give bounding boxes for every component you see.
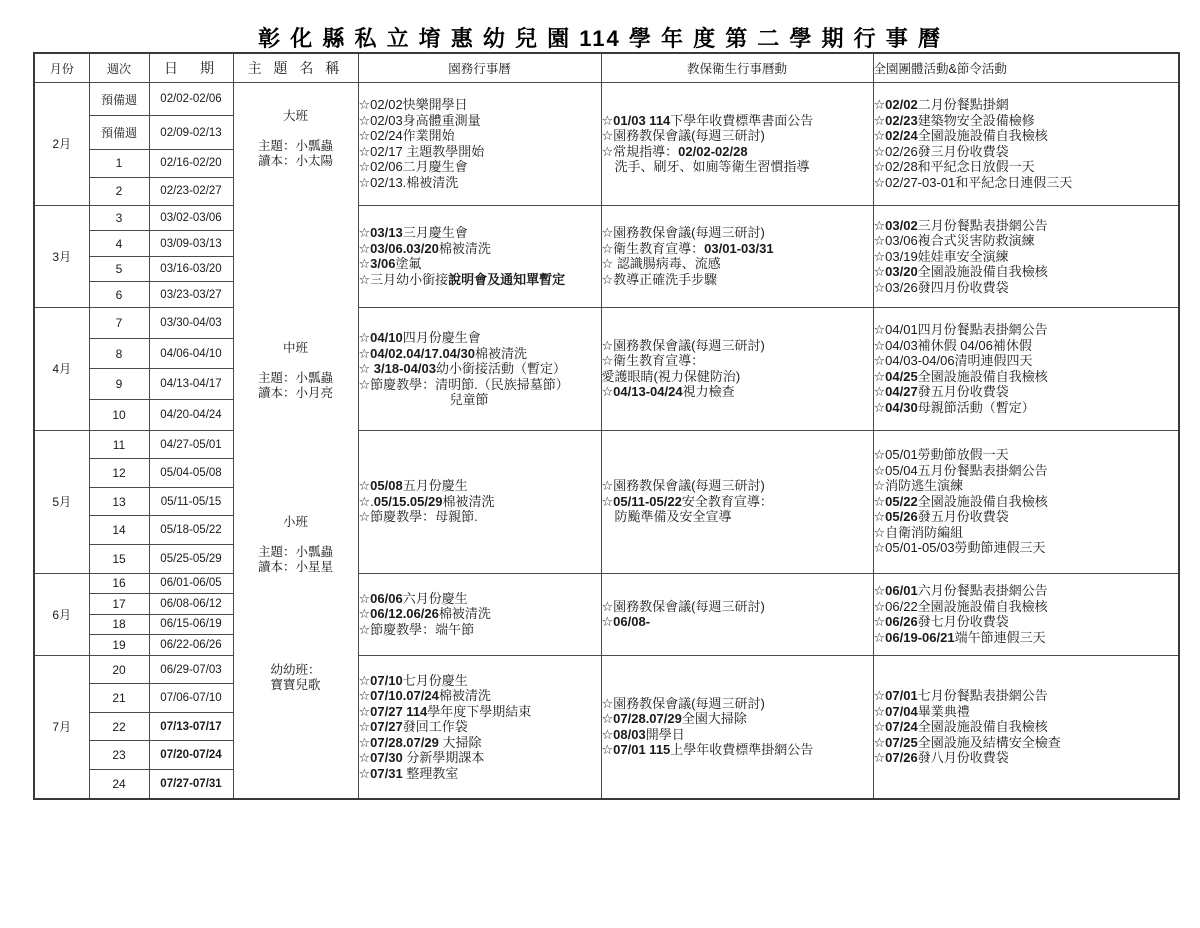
week-cell: 15 — [89, 544, 149, 573]
health-events-cell: ☆園務教保會議(每週三研討)☆07/28.07/29全園大掃除☆08/03開學日… — [601, 655, 873, 799]
week-cell: 預備週 — [89, 116, 149, 149]
week-cell: 16 — [89, 573, 149, 594]
activities-cell: ☆03/02三月份餐點表掛網公告☆03/06複合式災害防救演練☆03/19娃娃車… — [873, 205, 1179, 307]
date-cell: 04/13-04/17 — [149, 369, 233, 400]
health-events-cell: ☆園務教保會議(每週三研討)☆05/11-05/22安全教育宣導： 防颱準備及安… — [601, 430, 873, 573]
health-events-cell: ☆園務教保會議(每週三研討)☆衛生教育宣導：03/01-03/31☆ 認識腸病毒… — [601, 205, 873, 307]
date-cell: 07/06-07/10 — [149, 684, 233, 713]
table-header-row: 月份 週次 日 期 主 題 名 稱 園務行事曆 教保衛生行事曆動 全園團體活動&… — [34, 53, 1179, 83]
date-cell: 07/20-07/24 — [149, 741, 233, 770]
date-cell: 05/04-05/08 — [149, 459, 233, 488]
activities-cell: ☆04/01四月份餐點表掛網公告☆04/03補休假 04/06補休假☆04/03… — [873, 308, 1179, 431]
health-events-cell: ☆園務教保會議(每週三研討)☆衛生教育宣導：愛護眼睛(視力保健防治)☆04/13… — [601, 308, 873, 431]
week-cell: 3 — [89, 205, 149, 231]
month-cell: 5月 — [34, 430, 89, 573]
table-row: 7月 20 06/29-07/03 ☆07/10七月份慶生☆07/10.07/2… — [34, 655, 1179, 684]
school-events-cell: ☆06/06六月份慶生☆06/12.06/26棉被清洗☆節慶教學：端午節 — [358, 573, 601, 655]
date-cell: 06/29-07/03 — [149, 655, 233, 684]
month-cell: 3月 — [34, 205, 89, 307]
school-events-cell: ☆05/08五月份慶生☆.05/15.05/29棉被清洗☆節慶教學：母親節. — [358, 430, 601, 573]
week-cell: 19 — [89, 635, 149, 656]
date-cell: 07/13-07/17 — [149, 712, 233, 741]
header-theme: 主 題 名 稱 — [233, 53, 358, 83]
week-cell: 4 — [89, 231, 149, 257]
calendar-table: 月份 週次 日 期 主 題 名 稱 園務行事曆 教保衛生行事曆動 全園團體活動&… — [33, 52, 1180, 800]
week-cell: 13 — [89, 487, 149, 516]
table-row: 3月 3 03/02-03/06 ☆03/13三月慶生會☆03/06.03/20… — [34, 205, 1179, 231]
week-cell: 預備週 — [89, 83, 149, 116]
header-school-events: 園務行事曆 — [358, 53, 601, 83]
date-cell: 06/22-06/26 — [149, 635, 233, 656]
activities-cell: ☆07/01七月份餐點表掛網公告☆07/04畢業典禮☆07/24全園設施設備自我… — [873, 655, 1179, 799]
school-events-cell: ☆02/02快樂開學日☆02/03身高體重測量☆02/24作業開始☆02/17 … — [358, 83, 601, 206]
date-cell: 02/09-02/13 — [149, 116, 233, 149]
date-cell: 06/01-06/05 — [149, 573, 233, 594]
calendar-page: 彰 化 縣 私 立 堉 惠 幼 兒 園 114 學 年 度 第 二 學 期 行 … — [0, 0, 1200, 928]
date-cell: 05/25-05/29 — [149, 544, 233, 573]
school-events-cell: ☆07/10七月份慶生☆07/10.07/24棉被清洗☆07/27 114學年度… — [358, 655, 601, 799]
date-cell: 03/23-03/27 — [149, 282, 233, 308]
week-cell: 24 — [89, 769, 149, 799]
date-cell: 02/16-02/20 — [149, 149, 233, 177]
week-cell: 7 — [89, 308, 149, 339]
date-cell: 02/23-02/27 — [149, 177, 233, 205]
health-events-cell: ☆01/03 114下學年收費標準書面公告☆園務教保會議(每週三研討)☆常規指導… — [601, 83, 873, 206]
page-title: 彰 化 縣 私 立 堉 惠 幼 兒 園 114 學 年 度 第 二 學 期 行 … — [0, 22, 1200, 53]
date-cell: 04/27-05/01 — [149, 430, 233, 459]
week-cell: 9 — [89, 369, 149, 400]
header-date: 日 期 — [149, 53, 233, 83]
table-row: 5月 11 04/27-05/01 ☆05/08五月份慶生☆.05/15.05/… — [34, 430, 1179, 459]
month-cell: 2月 — [34, 83, 89, 206]
week-cell: 18 — [89, 614, 149, 635]
month-cell: 4月 — [34, 308, 89, 431]
week-cell: 11 — [89, 430, 149, 459]
date-cell: 04/06-04/10 — [149, 338, 233, 369]
date-cell: 05/11-05/15 — [149, 487, 233, 516]
school-events-cell: ☆04/10四月份慶生會☆04/02.04/17.04/30棉被清洗☆ 3/18… — [358, 308, 601, 431]
week-cell: 12 — [89, 459, 149, 488]
date-cell: 04/20-04/24 — [149, 400, 233, 431]
school-events-cell: ☆03/13三月慶生會☆03/06.03/20棉被清洗☆3/06塗氟☆三月幼小銜… — [358, 205, 601, 307]
theme-group-junior-class: 小班主題：小瓢蟲讀本：小星星 — [234, 515, 358, 575]
week-cell: 20 — [89, 655, 149, 684]
theme-group-senior-class: 大班主題：小瓢蟲讀本：小太陽 — [234, 109, 358, 169]
date-cell: 03/09-03/13 — [149, 231, 233, 257]
theme-column: 大班主題：小瓢蟲讀本：小太陽 中班主題：小瓢蟲讀本：小月亮 小班主題：小瓢蟲讀本… — [233, 83, 358, 800]
table-row: 6月 16 06/01-06/05 ☆06/06六月份慶生☆06/12.06/2… — [34, 573, 1179, 594]
week-cell: 8 — [89, 338, 149, 369]
table-row: 4月 7 03/30-04/03 ☆04/10四月份慶生會☆04/02.04/1… — [34, 308, 1179, 339]
date-cell: 06/08-06/12 — [149, 594, 233, 615]
header-health-events: 教保衛生行事曆動 — [601, 53, 873, 83]
week-cell: 1 — [89, 149, 149, 177]
week-cell: 23 — [89, 741, 149, 770]
date-cell: 06/15-06/19 — [149, 614, 233, 635]
theme-group-middle-class: 中班主題：小瓢蟲讀本：小月亮 — [234, 341, 358, 401]
month-cell: 6月 — [34, 573, 89, 655]
activities-cell: ☆06/01六月份餐點表掛網公告☆06/22全園設施設備自我檢核☆06/26發七… — [873, 573, 1179, 655]
week-cell: 14 — [89, 516, 149, 545]
date-cell: 03/30-04/03 — [149, 308, 233, 339]
date-cell: 02/02-02/06 — [149, 83, 233, 116]
health-events-cell: ☆園務教保會議(每週三研討)☆06/08- — [601, 573, 873, 655]
week-cell: 10 — [89, 400, 149, 431]
date-cell: 03/02-03/06 — [149, 205, 233, 231]
table-row: 2月 預備週 02/02-02/06 大班主題：小瓢蟲讀本：小太陽 中班主題：小… — [34, 83, 1179, 116]
header-month: 月份 — [34, 53, 89, 83]
date-cell: 07/27-07/31 — [149, 769, 233, 799]
activities-cell: ☆02/02二月份餐點掛網☆02/23建築物安全設備檢修☆02/24全園設施設備… — [873, 83, 1179, 206]
week-cell: 6 — [89, 282, 149, 308]
week-cell: 5 — [89, 256, 149, 282]
date-cell: 03/16-03/20 — [149, 256, 233, 282]
week-cell: 2 — [89, 177, 149, 205]
month-cell: 7月 — [34, 655, 89, 799]
week-cell: 21 — [89, 684, 149, 713]
header-activities: 全園團體活動&節令活動 — [873, 53, 1179, 83]
header-week: 週次 — [89, 53, 149, 83]
date-cell: 05/18-05/22 — [149, 516, 233, 545]
theme-group-toddler-class: 幼幼班：寶寶兒歌 — [234, 663, 358, 693]
week-cell: 22 — [89, 712, 149, 741]
activities-cell: ☆05/01勞動節放假一天☆05/04五月份餐點表掛網公告☆消防逃生演練☆05/… — [873, 430, 1179, 573]
week-cell: 17 — [89, 594, 149, 615]
